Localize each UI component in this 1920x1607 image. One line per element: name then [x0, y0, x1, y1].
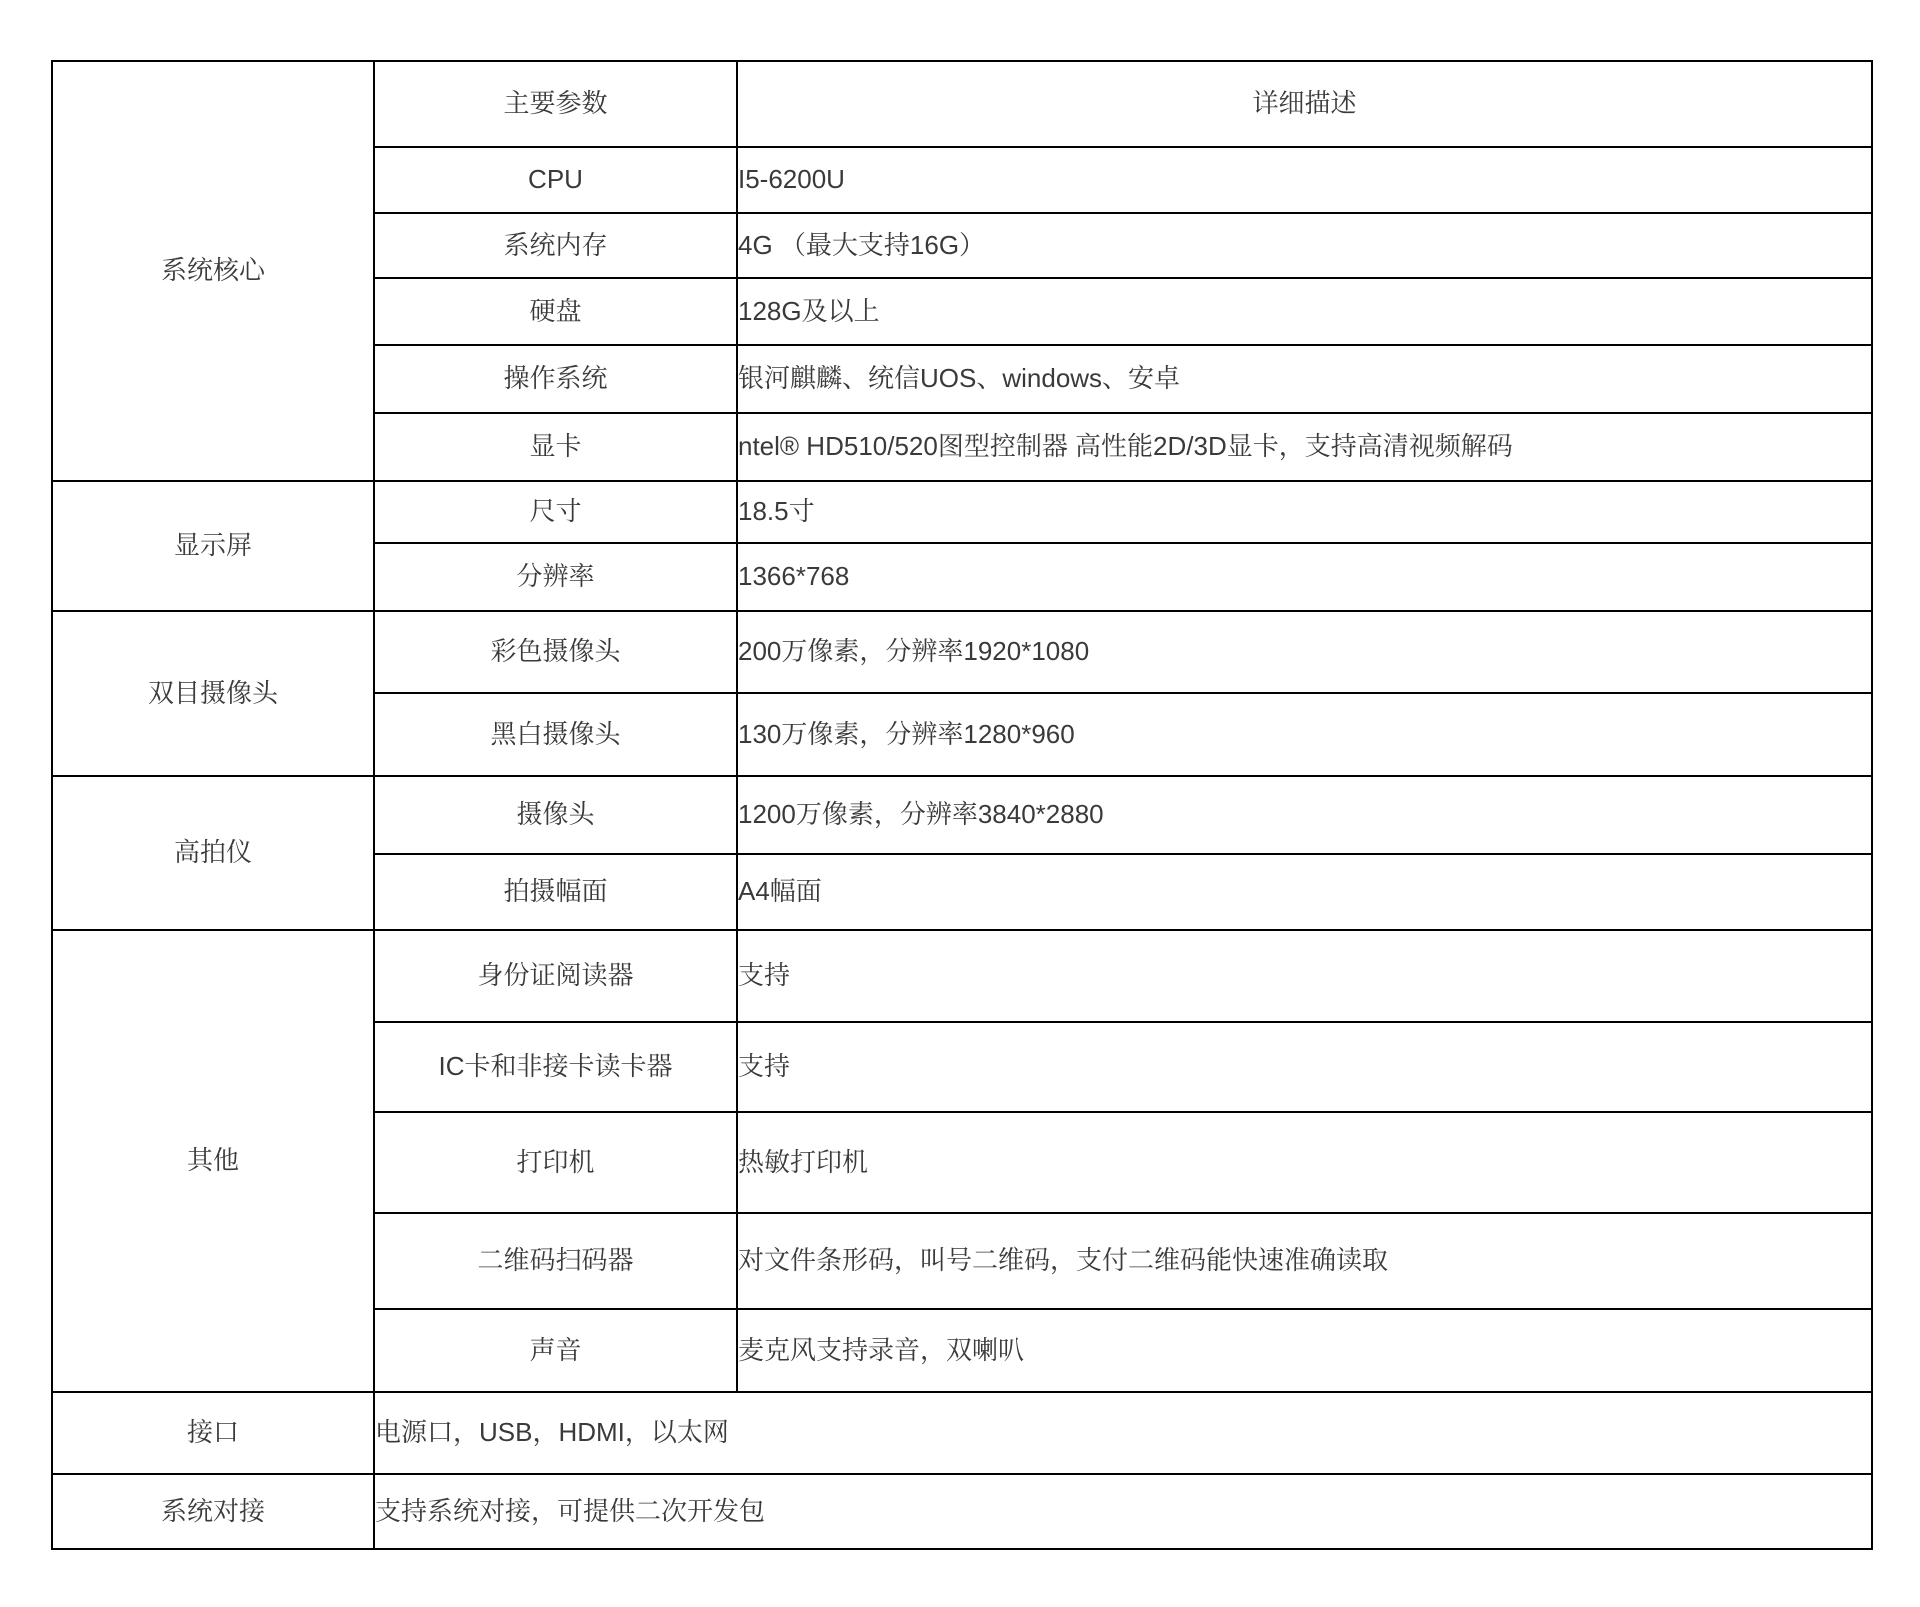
category-cell-system-core: 系统核心: [52, 61, 374, 481]
desc-cell-cpu: I5-6200U: [737, 147, 1872, 213]
param-cell-id-reader: 身份证阅读器: [374, 930, 737, 1022]
category-cell-display: 显示屏: [52, 481, 374, 611]
param-cell-os: 操作系统: [374, 345, 737, 413]
column-header-main-params: 主要参数: [374, 61, 737, 147]
desc-cell-qr-scanner: 对文件条形码，叫号二维码，支付二维码能快速准确读取: [737, 1213, 1872, 1309]
desc-cell-disk: 128G及以上: [737, 278, 1872, 345]
param-cell-ic-reader: IC卡和非接卡读卡器: [374, 1022, 737, 1112]
desc-cell-memory: 4G （最大支持16G）: [737, 213, 1872, 278]
desc-cell-os: 银河麒麟、统信UOS、windows、安卓: [737, 345, 1872, 413]
param-cell-qr-scanner: 二维码扫码器: [374, 1213, 737, 1309]
desc-cell-gpu: ntel® HD510/520图型控制器 高性能2D/3D显卡，支持高清视频解码: [737, 413, 1872, 481]
category-cell-ports: 接口: [52, 1392, 374, 1474]
table-row-ports: 接口 电源口，USB，HDMI，以太网: [52, 1392, 1872, 1474]
table-row-color-camera: 双目摄像头 彩色摄像头 200万像素，分辨率1920*1080: [52, 611, 1872, 693]
param-cell-cpu: CPU: [374, 147, 737, 213]
param-cell-mono-camera: 黑白摄像头: [374, 693, 737, 776]
category-cell-system-integration: 系统对接: [52, 1474, 374, 1549]
param-cell-printer: 打印机: [374, 1112, 737, 1213]
param-cell-color-camera: 彩色摄像头: [374, 611, 737, 693]
param-cell-size: 尺寸: [374, 481, 737, 543]
desc-cell-printer: 热敏打印机: [737, 1112, 1872, 1213]
desc-cell-id-reader: 支持: [737, 930, 1872, 1022]
category-cell-doc-camera: 高拍仪: [52, 776, 374, 930]
desc-cell-resolution: 1366*768: [737, 543, 1872, 611]
param-cell-gpu: 显卡: [374, 413, 737, 481]
merged-desc-cell-system-integration: 支持系统对接，可提供二次开发包: [374, 1474, 1872, 1549]
merged-desc-cell-ports: 电源口，USB，HDMI，以太网: [374, 1392, 1872, 1474]
desc-cell-mono-camera: 130万像素，分辨率1280*960: [737, 693, 1872, 776]
desc-cell-sound: 麦克风支持录音，双喇叭: [737, 1309, 1872, 1392]
spec-table-container: 系统核心 主要参数 详细描述 CPU I5-6200U 系统内存 4G （最大支…: [51, 60, 1873, 1550]
param-cell-capture-area: 拍摄幅面: [374, 854, 737, 930]
desc-cell-color-camera: 200万像素，分辨率1920*1080: [737, 611, 1872, 693]
param-cell-disk: 硬盘: [374, 278, 737, 345]
desc-cell-capture-area: A4幅面: [737, 854, 1872, 930]
table-row-doc-camera: 高拍仪 摄像头 1200万像素，分辨率3840*2880: [52, 776, 1872, 854]
desc-cell-size: 18.5寸: [737, 481, 1872, 543]
column-header-detail-desc: 详细描述: [737, 61, 1872, 147]
desc-cell-ic-reader: 支持: [737, 1022, 1872, 1112]
table-row-header: 系统核心 主要参数 详细描述: [52, 61, 1872, 147]
param-cell-memory: 系统内存: [374, 213, 737, 278]
category-cell-dual-camera: 双目摄像头: [52, 611, 374, 776]
table-row-size: 显示屏 尺寸 18.5寸: [52, 481, 1872, 543]
param-cell-doc-camera: 摄像头: [374, 776, 737, 854]
category-cell-others: 其他: [52, 930, 374, 1392]
table-row-system-integration: 系统对接 支持系统对接，可提供二次开发包: [52, 1474, 1872, 1549]
param-cell-sound: 声音: [374, 1309, 737, 1392]
spec-table: 系统核心 主要参数 详细描述 CPU I5-6200U 系统内存 4G （最大支…: [51, 60, 1873, 1550]
desc-cell-doc-camera: 1200万像素，分辨率3840*2880: [737, 776, 1872, 854]
param-cell-resolution: 分辨率: [374, 543, 737, 611]
table-row-id-reader: 其他 身份证阅读器 支持: [52, 930, 1872, 1022]
